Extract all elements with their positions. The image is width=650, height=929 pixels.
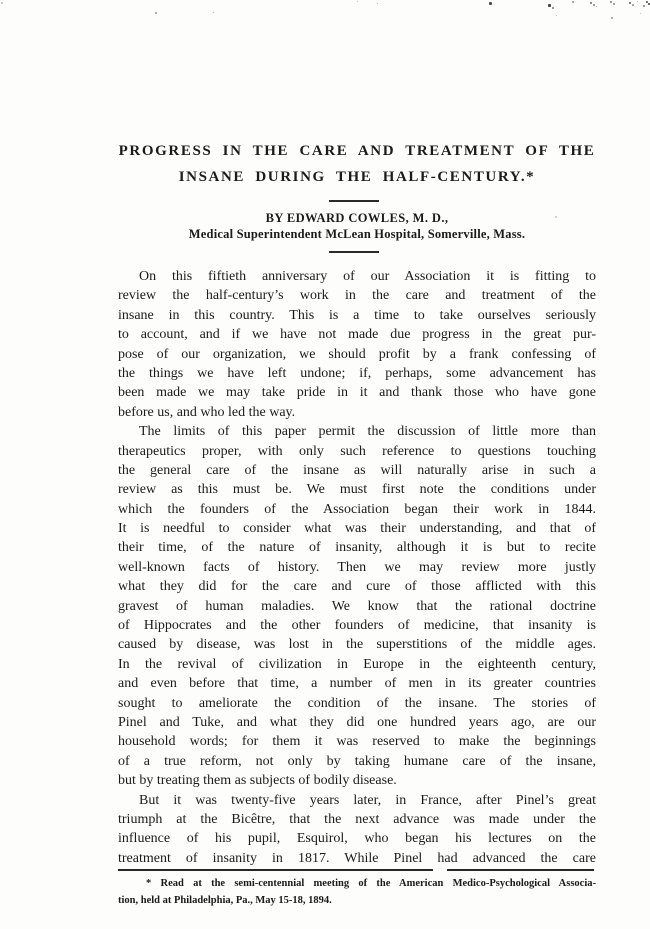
body-line: The limits of this paper permit the disc… xyxy=(118,422,596,441)
scan-speck xyxy=(640,13,641,14)
paragraph: The limits of this paper permit the disc… xyxy=(118,422,596,790)
body-line: household words; for them it was reserve… xyxy=(118,732,596,751)
body-line: but by treating them as subjects of bodi… xyxy=(118,771,596,790)
body-line: caused by disease, was lost in the super… xyxy=(118,635,596,654)
body-line: influence of his pupil, Esquirol, who be… xyxy=(118,829,596,848)
body-line: been made we may take pride in it and th… xyxy=(118,383,596,402)
article-title-line1: PROGRESS IN THE CARE AND TREATMENT OF TH… xyxy=(118,138,596,164)
byline-divider-rule xyxy=(329,251,379,253)
body-line: treatment of insanity in 1817. While Pin… xyxy=(118,849,596,868)
title-divider-rule xyxy=(329,200,379,202)
scan-speck xyxy=(572,1,574,3)
scanned-page: PROGRESS IN THE CARE AND TREATMENT OF TH… xyxy=(0,0,650,929)
footnote-rule-left-segment xyxy=(118,869,433,871)
scan-speck xyxy=(213,12,214,13)
scan-speck xyxy=(629,2,631,4)
scan-speck xyxy=(610,1,612,3)
body-line: of Hippocrates and the other founders of… xyxy=(118,616,596,635)
body-line: well-known facts of history. Then we may… xyxy=(118,558,596,577)
body-line: the general care of the insane as will n… xyxy=(118,461,596,480)
byline: BY EDWARD COWLES, M. D., xyxy=(118,211,596,226)
body-line: review as this must be. We must first no… xyxy=(118,480,596,499)
scan-speck xyxy=(556,15,557,16)
scan-speck xyxy=(1,2,3,4)
scan-speck xyxy=(357,1,358,2)
scan-speck xyxy=(552,7,554,9)
paragraph: On this fiftieth anniversary of our Asso… xyxy=(118,267,596,422)
footnote-line2: tion, held at Philadelphia, Pa., May 15-… xyxy=(118,893,596,910)
article-title: PROGRESS IN THE CARE AND TREATMENT OF TH… xyxy=(118,138,596,190)
body-line: triumph at the Bicêtre, that the next ad… xyxy=(118,810,596,829)
footnote: * Read at the semi-centennial meeting of… xyxy=(118,876,596,909)
scan-speck xyxy=(643,5,645,7)
scan-speck xyxy=(611,17,613,19)
footnote-rule xyxy=(118,869,608,871)
body-line: the things we have left undone; if, perh… xyxy=(118,364,596,383)
footnote-line1: * Read at the semi-centennial meeting of… xyxy=(118,876,596,893)
scan-speck xyxy=(489,2,492,5)
body-line: In the revival of civilization in Europe… xyxy=(118,655,596,674)
body-line: sought to ameliorate the condition of th… xyxy=(118,694,596,713)
scan-speck xyxy=(646,1,648,3)
body-line: insane in this country. This is a time t… xyxy=(118,306,596,325)
article-title-line2: INSANE DURING THE HALF-CENTURY.* xyxy=(118,164,596,190)
body-line: On this fiftieth anniversary of our Asso… xyxy=(118,267,596,286)
affiliation: Medical Superintendent McLean Hospital, … xyxy=(118,227,596,242)
body-line: which the founders of the Association be… xyxy=(118,500,596,519)
scan-speck xyxy=(590,2,592,4)
body-line: therapeutics proper, with only such refe… xyxy=(118,442,596,461)
body-line: what they did for the care and cure of t… xyxy=(118,577,596,596)
body-line: It is needful to consider what was their… xyxy=(118,519,596,538)
body-line: and even before that time, a number of m… xyxy=(118,674,596,693)
scan-speck xyxy=(596,6,597,7)
body-line: review the half-century’s work in the ca… xyxy=(118,286,596,305)
scan-speck xyxy=(593,4,595,6)
scan-speck xyxy=(155,12,157,14)
scan-speck xyxy=(632,4,634,6)
body-line: of a true reform, not only by taking hum… xyxy=(118,752,596,771)
body-line: before us, and who led the way. xyxy=(118,403,596,422)
body-line: Pinel and Tuke, and what they did one hu… xyxy=(118,713,596,732)
body-line: their time, of the nature of insanity, a… xyxy=(118,538,596,557)
body-line: gravest of human maladies. We know that … xyxy=(118,597,596,616)
scan-speck xyxy=(637,1,638,2)
body-line: to account, and if we have not made due … xyxy=(118,325,596,344)
scan-speck xyxy=(613,3,615,5)
scan-speck xyxy=(377,3,378,4)
article-body: On this fiftieth anniversary of our Asso… xyxy=(118,267,596,868)
body-line: But it was twenty-five years later, in F… xyxy=(118,791,596,810)
body-line: pose of our organization, we should prof… xyxy=(118,345,596,364)
scan-speck xyxy=(548,4,551,7)
footnote-rule-right-segment xyxy=(447,869,594,871)
paragraph: But it was twenty-five years later, in F… xyxy=(118,791,596,869)
